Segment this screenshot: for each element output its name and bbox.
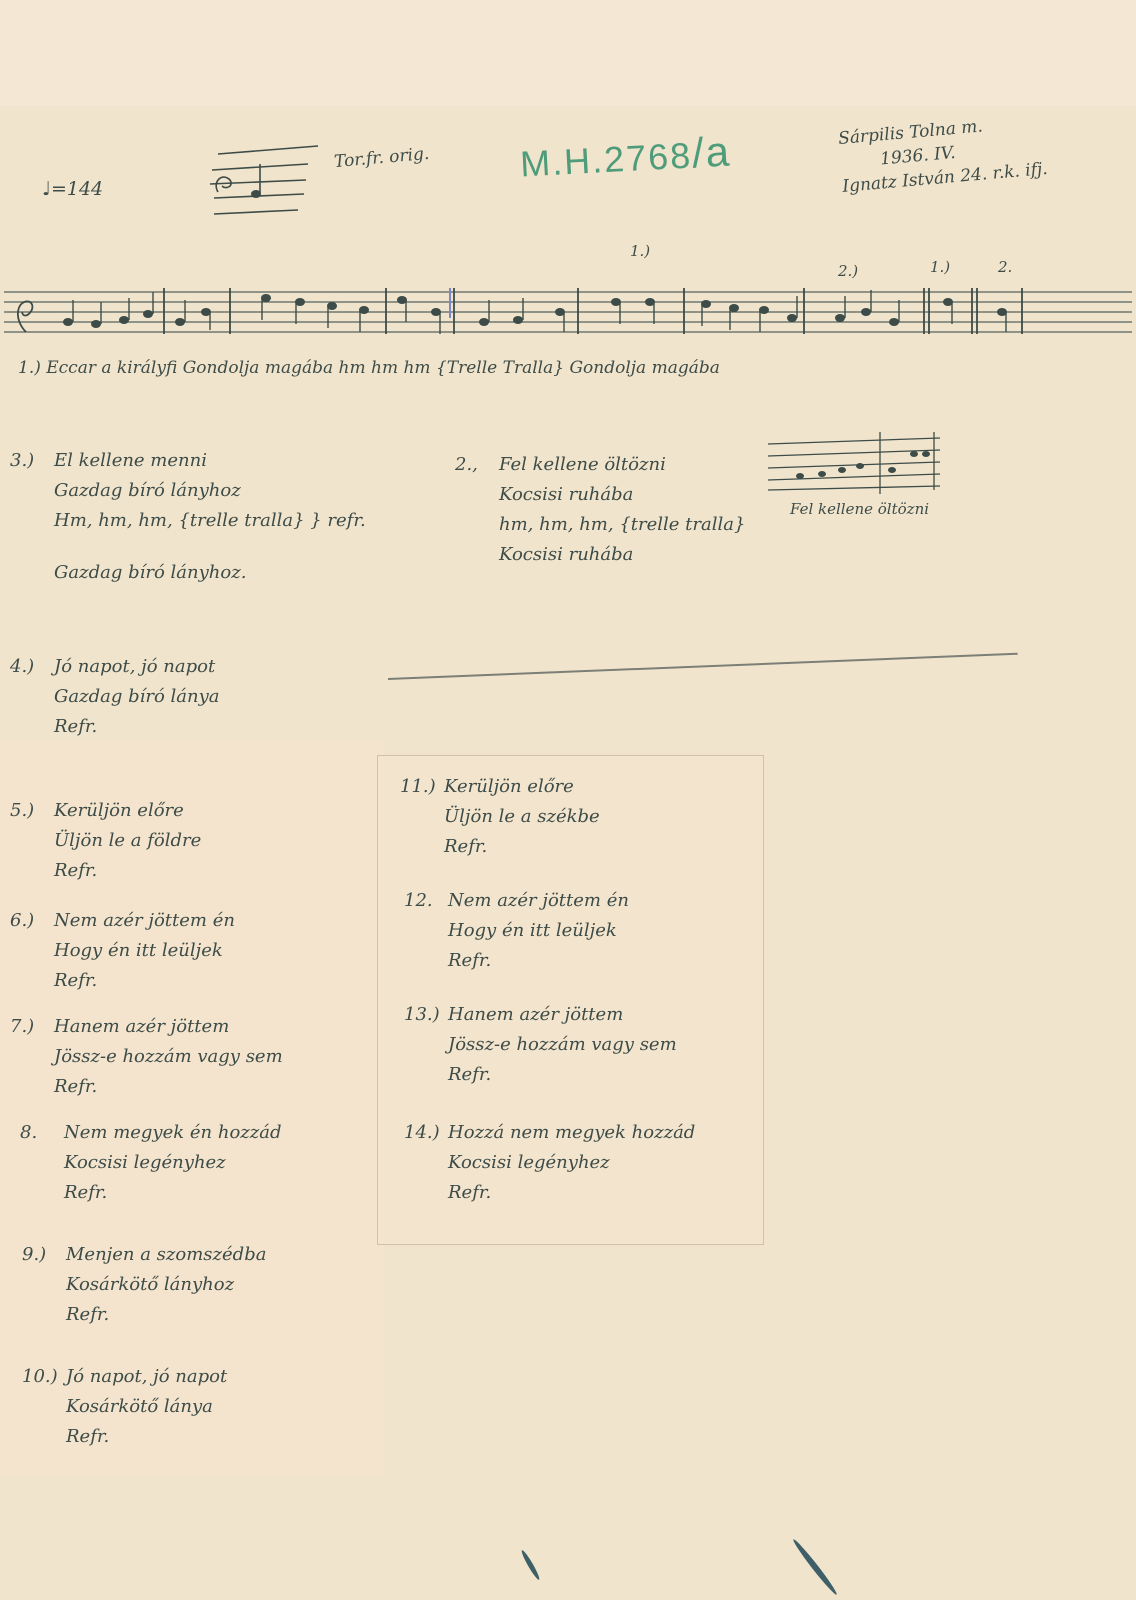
stanza-number: 13.) <box>404 1000 448 1030</box>
stanza-line: Hanem azér jöttem <box>54 1016 229 1037</box>
stanza-line: Refr. <box>404 1060 677 1090</box>
stanza-14: 14.)Hozzá nem megyek hozzád Kocsisi legé… <box>404 1118 695 1208</box>
stanza-number: 8. <box>20 1118 64 1148</box>
stanza-line: Kerüljön előre <box>54 800 184 821</box>
stanza-number: 12. <box>404 886 448 916</box>
volta-1-ending: 1.) <box>930 258 950 276</box>
stanza-2: 2.,Fel kellene öltözni Kocsisi ruhába hm… <box>455 450 745 570</box>
stanza-line: Gazdag bíró lánya <box>10 682 220 712</box>
stanza-number: 6.) <box>10 906 54 936</box>
stanza-line: Üljön le a földre <box>10 826 201 856</box>
stanza-line: Hm, hm, hm, {trelle tralla} } refr. <box>10 506 366 536</box>
stanza-number: 2., <box>455 450 499 480</box>
stanza-line: Nem azér jöttem én <box>448 890 629 911</box>
stanza-4: 4.)Jó napot, jó napot Gazdag bíró lánya … <box>10 652 220 742</box>
stanza-line: Refr. <box>404 1178 695 1208</box>
stanza-line: Kosárkötő lánya <box>22 1392 227 1422</box>
variant-snippet-staff <box>764 430 944 500</box>
stanza-7: 7.)Hanem azér jöttem Jössz-e hozzám vagy… <box>10 1012 283 1102</box>
stanza-12: 12.Nem azér jöttem én Hogy én itt leülje… <box>404 886 629 976</box>
stanza-3: 3.)El kellene menni Gazdag bíró lányhoz … <box>10 446 366 588</box>
stanza-line: Jó napot, jó napot <box>66 1366 227 1387</box>
stanza-6: 6.)Nem azér jöttem én Hogy én itt leülje… <box>10 906 235 996</box>
stanza-line: Refr. <box>22 1422 227 1452</box>
stanza-line: Kocsisi legényhez <box>404 1148 695 1178</box>
stanza-line: Nem megyek én hozzád <box>64 1122 282 1143</box>
stanza-line: Jó napot, jó napot <box>54 656 215 677</box>
stanza-line: Menjen a szomszédba <box>66 1244 266 1265</box>
stanza-line: El kellene menni <box>54 450 207 471</box>
stanza-number: 14.) <box>404 1118 448 1148</box>
stanza-line: Hanem azér jöttem <box>448 1004 623 1025</box>
range-staff-icon <box>208 142 328 222</box>
stanza-number: 3.) <box>10 446 54 476</box>
stanza-line: Kocsisi ruhába <box>455 480 745 510</box>
archive-suffix: /a <box>691 128 732 177</box>
stanza-line: Refr. <box>10 712 220 742</box>
volta-1: 1.) <box>630 242 650 260</box>
stanza-line: Kosárkötő lányhoz <box>22 1270 266 1300</box>
stanza-line: Jössz-e hozzám vagy sem <box>404 1030 677 1060</box>
stanza-9: 9.)Menjen a szomszédba Kosárkötő lányhoz… <box>22 1240 266 1330</box>
stanza-line: Refr. <box>10 1072 283 1102</box>
stanza-number: 7.) <box>10 1012 54 1042</box>
stanza-10: 10.)Jó napot, jó napot Kosárkötő lánya R… <box>22 1362 227 1452</box>
stanza-13: 13.)Hanem azér jöttem Jössz-e hozzám vag… <box>404 1000 677 1090</box>
archive-number: M.H.2768 <box>519 135 693 185</box>
stanza-number: 9.) <box>22 1240 66 1270</box>
stanza-line: Kocsisi legényhez <box>20 1148 282 1178</box>
stanza-line: Refr. <box>404 946 629 976</box>
stanza-number: 4.) <box>10 652 54 682</box>
melody-staff <box>4 288 1132 334</box>
tempo-marking: ♩=144 <box>42 178 103 200</box>
volta-2-ending: 2. <box>998 258 1012 276</box>
stanza-line: Hogy én itt leüljek <box>10 936 235 966</box>
stanza-11: 11.)Kerüljön előre Üljön le a székbe Ref… <box>400 772 600 862</box>
stanza-line: Kocsisi ruhába <box>455 540 745 570</box>
stanza-line: Refr. <box>10 856 201 886</box>
stanza-line: hm, hm, hm, {trelle tralla} <box>455 510 745 540</box>
stanza-line: Fel kellene öltözni <box>499 454 666 475</box>
stanza-5: 5.)Kerüljön előre Üljön le a földre Refr… <box>10 796 201 886</box>
stanza-line: Refr. <box>20 1178 282 1208</box>
stanza-8: 8.Nem megyek én hozzád Kocsisi legényhez… <box>20 1118 282 1208</box>
stanza-line: Refr. <box>22 1300 266 1330</box>
stanza-line: Hozzá nem megyek hozzád <box>448 1122 695 1143</box>
stanza-number: 5.) <box>10 796 54 826</box>
scanner-top-strip <box>0 0 1136 107</box>
variant-snippet-caption: Fel kellene öltözni <box>790 500 929 518</box>
stanza-line: Gazdag bíró lányhoz <box>10 476 366 506</box>
stanza-line: Nem azér jöttem én <box>54 910 235 931</box>
stanza-number: 11.) <box>400 772 444 802</box>
stanza-line: Gazdag bíró lányhoz. <box>10 558 366 588</box>
stanza-line: Kerüljön előre <box>444 776 574 797</box>
volta-2: 2.) <box>838 262 858 280</box>
stanza-line: Refr. <box>10 966 235 996</box>
stanza-line: Jössz-e hozzám vagy sem <box>10 1042 283 1072</box>
stanza-number: 10.) <box>22 1362 66 1392</box>
stanza-line: Hogy én itt leüljek <box>404 916 629 946</box>
stanza-line: Üljön le a székbe <box>400 802 600 832</box>
first-verse-lyrics: 1.) Eccar a királyfi Gondolja magába hm … <box>18 358 720 378</box>
stanza-line: Refr. <box>400 832 600 862</box>
